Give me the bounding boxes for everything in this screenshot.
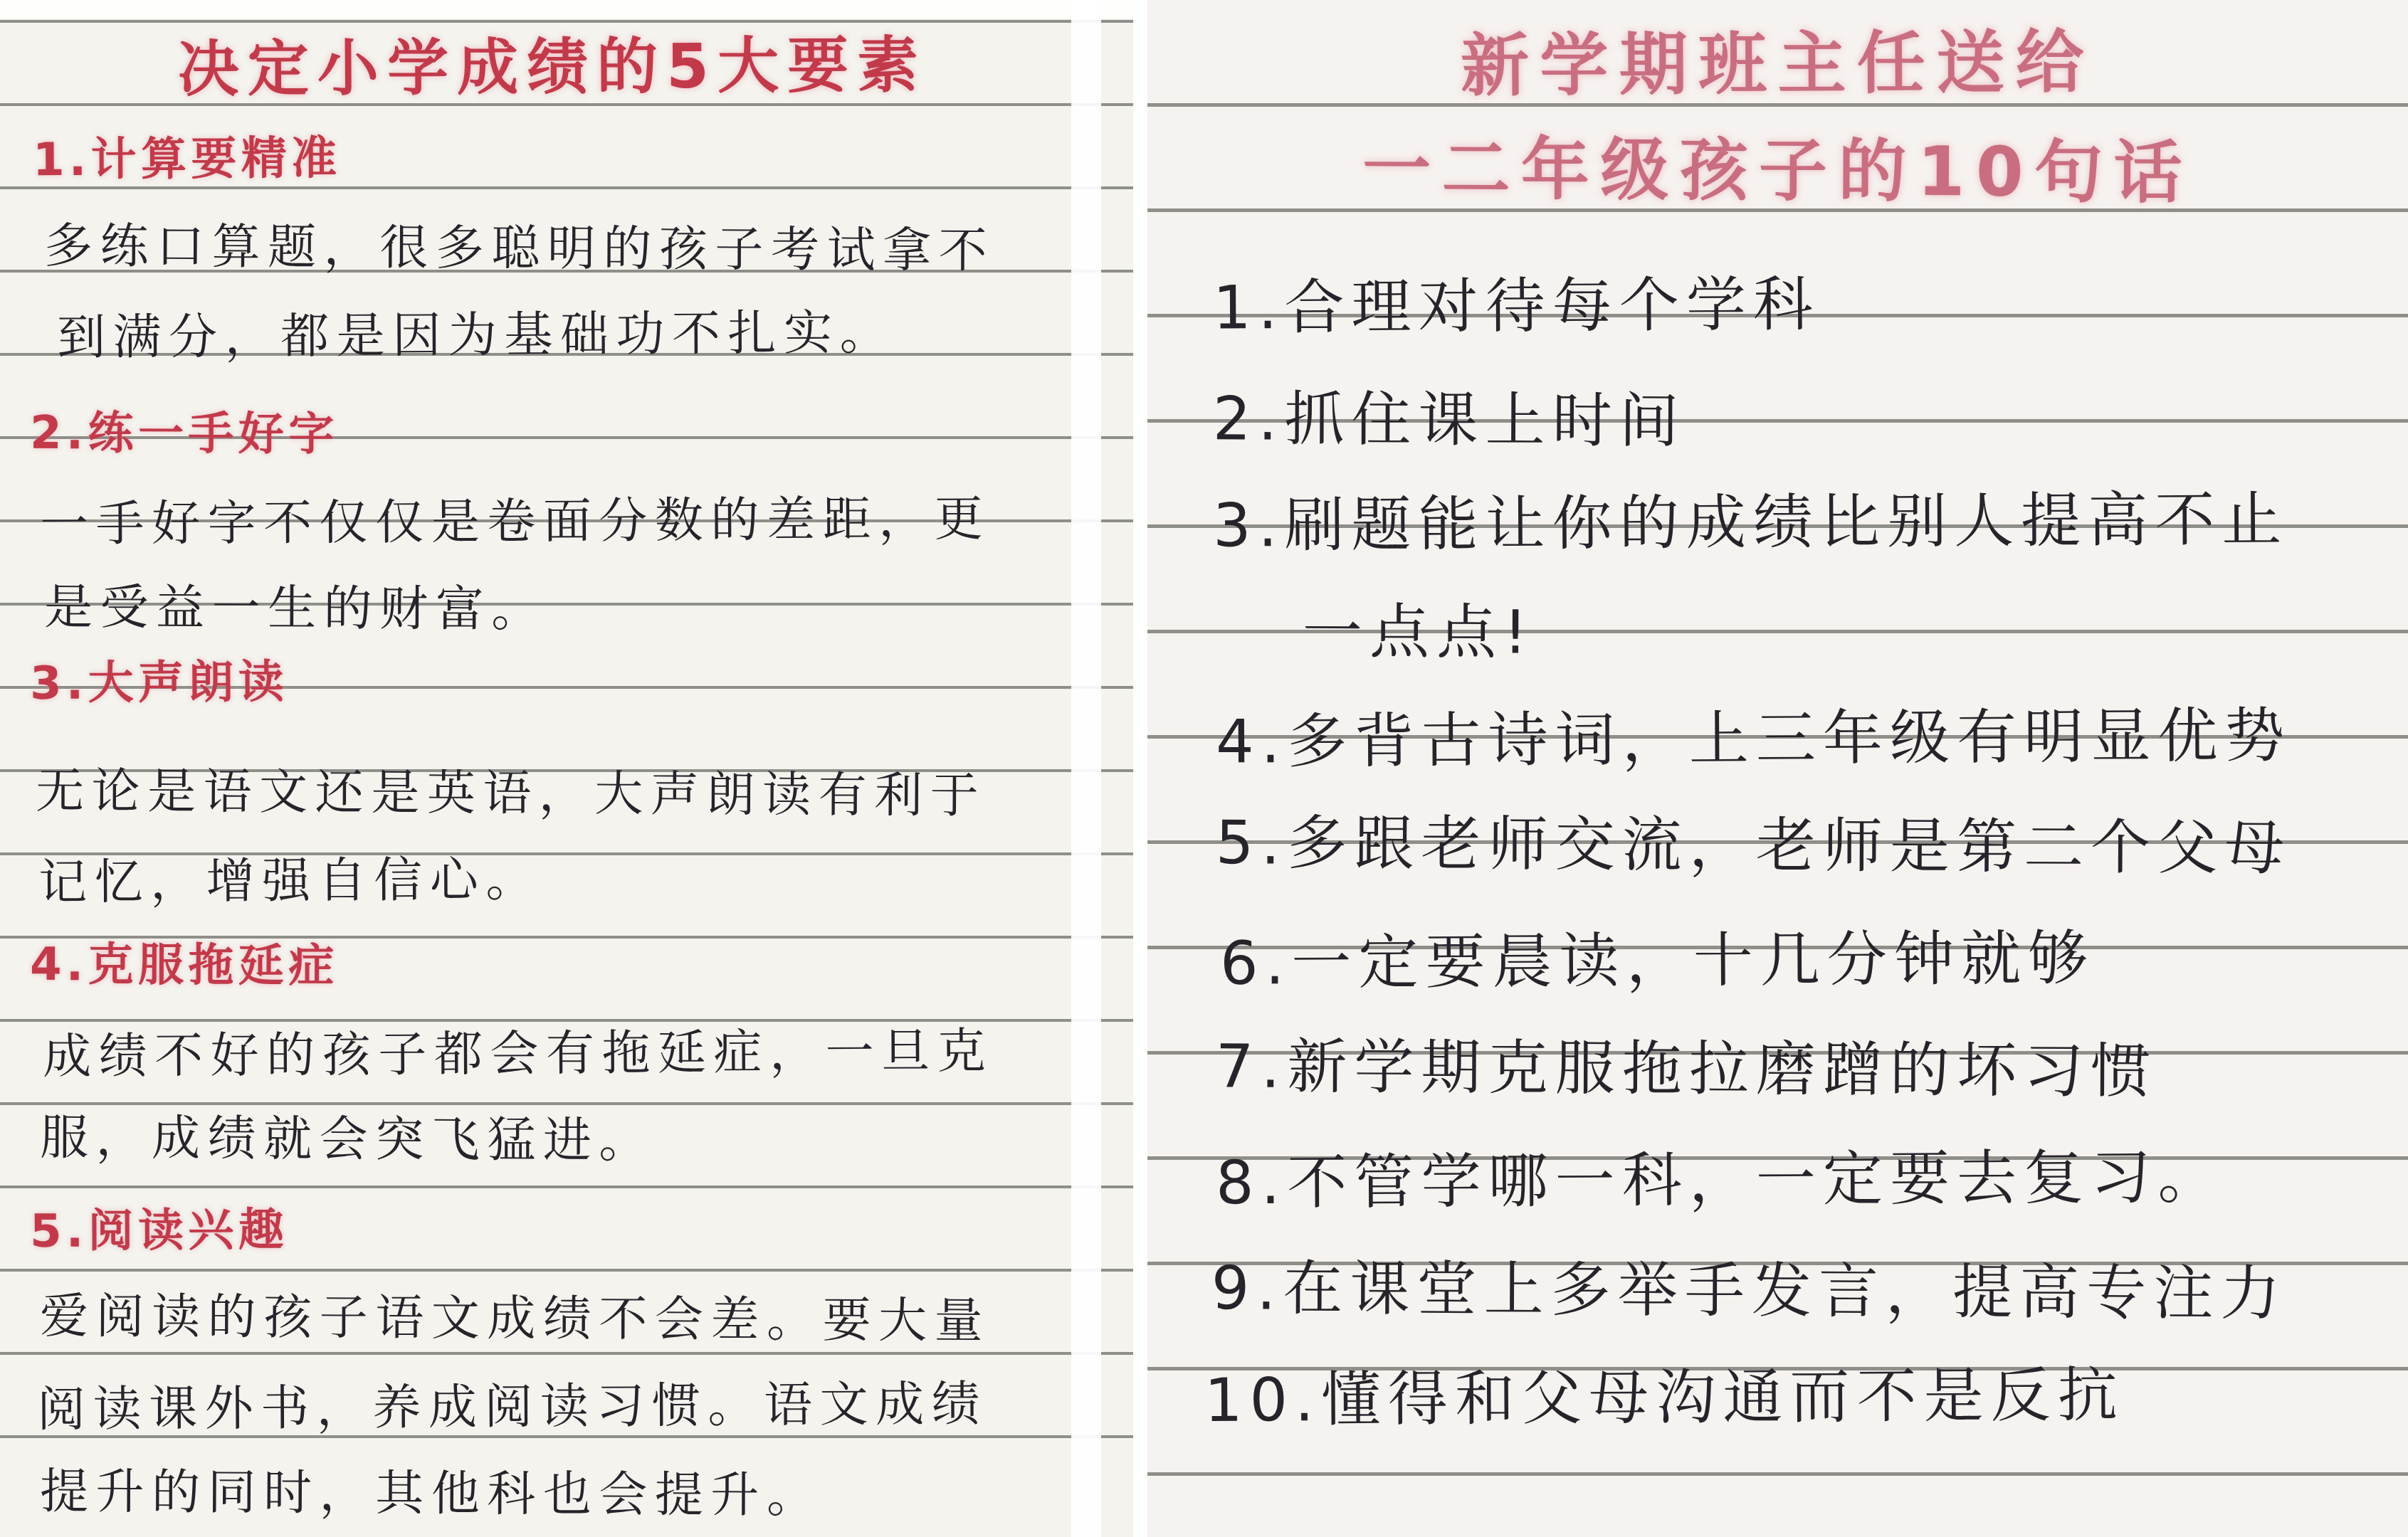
- list-item-2: 2.抓住课上时间: [1213, 389, 1686, 450]
- section-1-body-line: 到满分，都是因为基础功不扎实。: [57, 309, 896, 362]
- section-2-body-line: 一手好字不仅仅是卷面分数的差距，更: [40, 495, 991, 549]
- left-page: 决定小学成绩的5大要素 1.计算要精准 多练口算题，很多聪明的孩子考试拿不 到满…: [0, 0, 1133, 1537]
- left-page-title: 决定小学成绩的5大要素: [0, 33, 1119, 102]
- section-5-body-line: 提升的同时，其他科也会提升。: [40, 1468, 823, 1521]
- section-1-heading: 1.计算要精准: [33, 136, 342, 184]
- right-page: 新学期班主任送给 一二年级孩子的10句话 1.合理对待每个学科 2.抓住课上时间…: [1147, 0, 2408, 1537]
- section-4-body-line: 成绩不好的孩子都会有拖延症，一旦克: [43, 1028, 994, 1082]
- handwritten-notes-photo: 决定小学成绩的5大要素 1.计算要精准 多练口算题，很多聪明的孩子考试拿不 到满…: [0, 0, 2408, 1537]
- list-item-8: 8.不管学哪一科，一定要去复习。: [1216, 1147, 2225, 1213]
- left-page-top-edge: [0, 0, 1133, 19]
- section-3-heading: 3.大声朗读: [30, 660, 289, 707]
- list-item-7: 7.新学期克服拖拉磨蹭的坏习惯: [1216, 1037, 2158, 1102]
- list-item-3-continued: 一点点!: [1303, 601, 1535, 662]
- page-gutter: [1133, 0, 1147, 1537]
- section-5-heading: 5.阅读兴趣: [30, 1208, 289, 1255]
- section-5-body-line: 阅读课外书，养成阅读习惯。语文成绩: [37, 1380, 988, 1435]
- section-4-heading: 4.克服拖延症: [30, 942, 339, 989]
- section-1-body-line: 多练口算题，很多聪明的孩子考试拿不: [44, 223, 995, 276]
- list-item-4: 4.多背古诗词，上三年级有明显优势: [1216, 705, 2292, 771]
- list-item-5: 5.多跟老师交流，老师是第二个父母: [1216, 813, 2292, 878]
- section-2-heading: 2.练一手好字: [30, 411, 339, 458]
- left-page-right-edge: [1071, 0, 1101, 1537]
- section-2-body-line: 是受益一生的财富。: [44, 583, 547, 635]
- list-item-3: 3.刷题能让你的成绩比别人提高不止: [1213, 489, 2289, 555]
- list-item-10: 10.懂得和父母沟通而不是反抗: [1204, 1365, 2125, 1430]
- section-3-body-line: 记忆，增强自信心。: [38, 856, 542, 907]
- right-page-title-line2: 一二年级孩子的10句话: [1147, 133, 2408, 208]
- right-page-title-line1: 新学期班主任送给: [1147, 26, 2408, 102]
- list-item-6: 6.一定要晨读，十几分钟就够: [1220, 928, 2096, 993]
- section-5-body-line: 爱阅读的孩子语文成绩不会差。要大量: [40, 1293, 991, 1346]
- section-4-body-line: 服，成绩就会突飞猛进。: [40, 1114, 655, 1166]
- list-item-1: 1.合理对待每个学科: [1213, 274, 1820, 337]
- section-3-body-line: 无论是语文还是英语，大声朗读有利于: [36, 768, 987, 821]
- list-item-9: 9.在课堂上多举手发言，提高专注力: [1211, 1258, 2288, 1324]
